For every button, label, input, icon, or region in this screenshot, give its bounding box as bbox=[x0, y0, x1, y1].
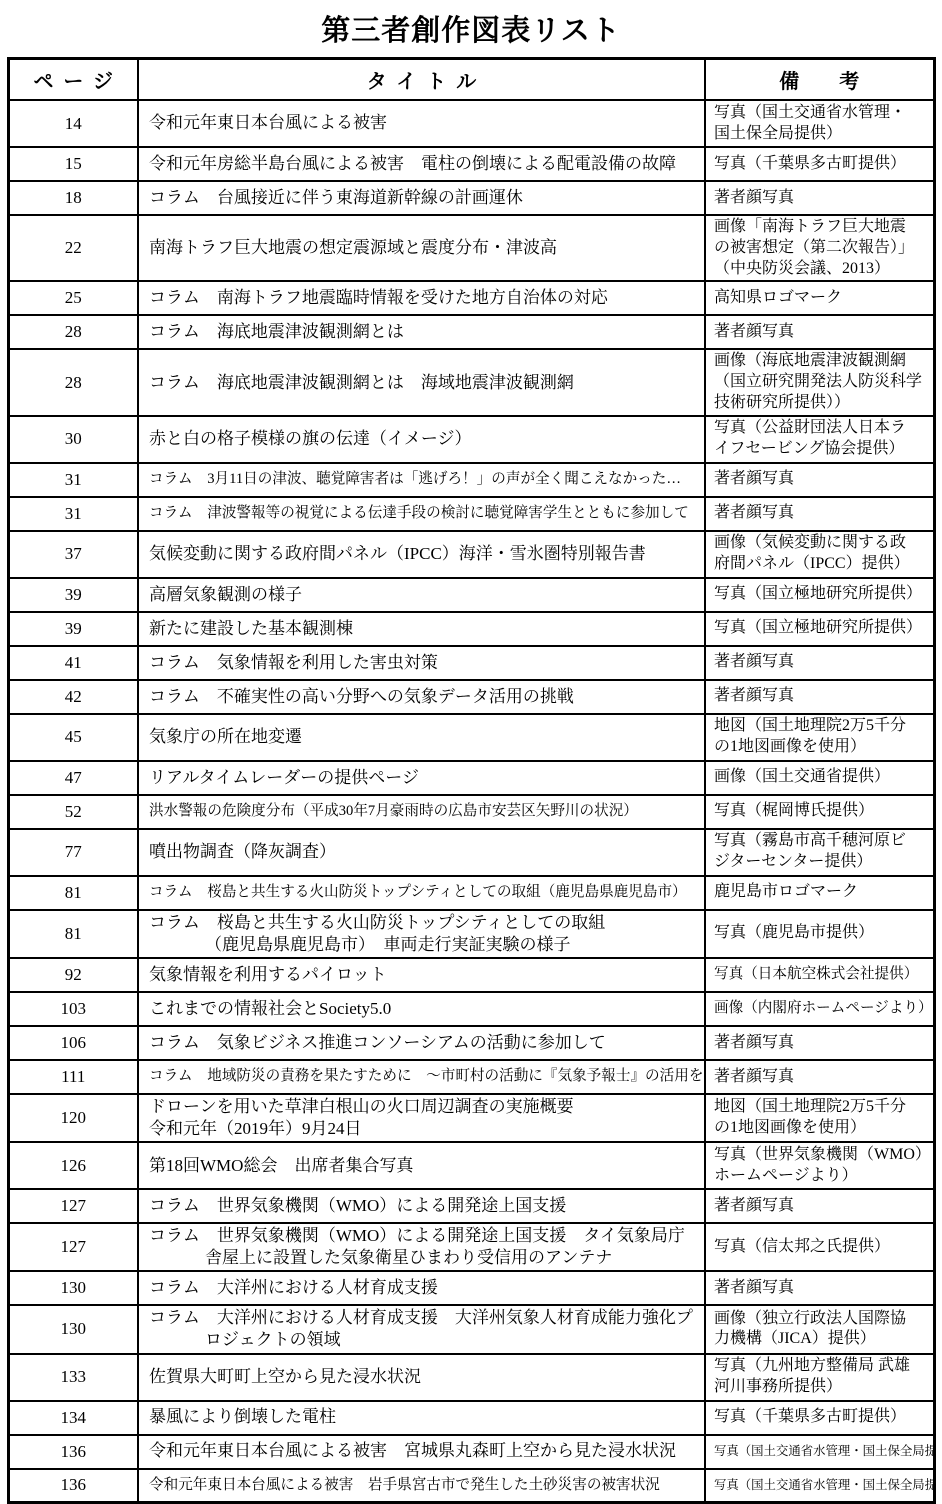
title-cell: コラム 3月11日の津波、聴覚障害者は「逃げろ！」の声が全く聞こえなかった… bbox=[138, 463, 705, 497]
table-row: 14令和元年東日本台風による被害写真（国土交通省水管理・国土保全局提供） bbox=[8, 100, 934, 147]
table-header-row: ページ タイトル 備 考 bbox=[8, 59, 934, 101]
page-number-cell: 31 bbox=[8, 497, 138, 531]
remark-cell: 地図（国土地理院2万5千分の1地図画像を使用） bbox=[705, 1094, 934, 1142]
title-cell: コラム 気象情報を利用した害虫対策 bbox=[138, 646, 705, 680]
title-cell: コラム 海底地震津波観測網とは bbox=[138, 315, 705, 349]
remark-cell: 著者顔写真 bbox=[705, 315, 934, 349]
page-number-cell: 130 bbox=[8, 1305, 138, 1353]
title-line: コラム 世界気象機関（WMO）による開発途上国支援 タイ気象局庁 bbox=[149, 1225, 700, 1247]
title-line: コラム 地域防災の責務を果たすために ～市町村の活動に『気象予報士』の活用を～ bbox=[149, 1067, 700, 1086]
remark-line: イフセービング協会提供） bbox=[714, 439, 931, 460]
title-cell: 第18回WMO総会 出席者集合写真 bbox=[138, 1142, 705, 1189]
page-title: 第三者創作図表リスト bbox=[0, 8, 942, 49]
remark-cell: 写真（九州地方整備局 武雄河川事務所提供） bbox=[705, 1354, 934, 1401]
table-row: 126第18回WMO総会 出席者集合写真写真（世界気象機関（WMO）ホームページ… bbox=[8, 1142, 934, 1189]
remark-line: 画像（内閣府ホームページより） bbox=[714, 999, 931, 1018]
remark-cell: 画像（国土交通省提供） bbox=[705, 761, 934, 795]
title-line: ドローンを用いた草津白根山の火口周辺調査の実施概要 bbox=[149, 1096, 700, 1118]
title-line: 噴出物調査（降灰調査） bbox=[149, 841, 700, 863]
remark-cell: 著者顔写真 bbox=[705, 463, 934, 497]
remark-cell: 著者顔写真 bbox=[705, 497, 934, 531]
title-line: 南海トラフ巨大地震の想定震源域と震度分布・津波高 bbox=[149, 237, 700, 259]
table-row: 52洪水警報の危険度分布（平成30年7月豪雨時の広島市安芸区矢野川の状況）写真（… bbox=[8, 795, 934, 829]
remark-line: 著者顔写真 bbox=[714, 1067, 931, 1088]
table-row: 45気象庁の所在地変遷地図（国土地理院2万5千分の1地図画像を使用） bbox=[8, 714, 934, 761]
page-number-cell: 130 bbox=[8, 1271, 138, 1305]
remark-line: 画像（独立行政法人国際協 bbox=[714, 1309, 931, 1330]
title-line: コラム 世界気象機関（WMO）による開発途上国支援 bbox=[149, 1195, 700, 1217]
page-number-cell: 120 bbox=[8, 1094, 138, 1142]
remark-cell: 写真（千葉県多古町提供） bbox=[705, 147, 934, 181]
title-line: 第18回WMO総会 出席者集合写真 bbox=[149, 1155, 700, 1177]
table-row: 22南海トラフ巨大地震の想定震源域と震度分布・津波高画像「南海トラフ巨大地震の被… bbox=[8, 215, 934, 281]
page-number-cell: 136 bbox=[8, 1469, 138, 1503]
page-number-cell: 45 bbox=[8, 714, 138, 761]
remark-cell: 鹿児島市ロゴマーク bbox=[705, 876, 934, 910]
title-cell: コラム 気象ビジネス推進コンソーシアムの活動に参加して bbox=[138, 1026, 705, 1060]
title-cell: コラム 大洋州における人材育成支援 大洋州気象人材育成能力強化プロジェクトの領域 bbox=[138, 1305, 705, 1353]
page-number-cell: 81 bbox=[8, 910, 138, 958]
title-cell: 南海トラフ巨大地震の想定震源域と震度分布・津波高 bbox=[138, 215, 705, 281]
table-row: 25コラム 南海トラフ地震臨時情報を受けた地方自治体の対応高知県ロゴマーク bbox=[8, 281, 934, 315]
remark-line: 写真（梶岡博氏提供） bbox=[714, 801, 931, 822]
title-cell: 令和元年東日本台風による被害 宮城県丸森町上空から見た浸水状況 bbox=[138, 1435, 705, 1469]
remark-line: 写真（千葉県多古町提供） bbox=[714, 154, 931, 175]
title-line: コラム 台風接近に伴う東海道新幹線の計画運休 bbox=[149, 187, 700, 209]
page-number-cell: 127 bbox=[8, 1189, 138, 1223]
remark-line: 著者顔写真 bbox=[714, 188, 931, 209]
title-line: 気象情報を利用するパイロット bbox=[149, 964, 700, 986]
remark-line: 著者顔写真 bbox=[714, 469, 931, 490]
remark-line: ジターセンター提供） bbox=[714, 852, 931, 873]
title-cell: コラム 世界気象機関（WMO）による開発途上国支援 bbox=[138, 1189, 705, 1223]
remark-cell: 写真（霧島市高千穂河原ビジターセンター提供） bbox=[705, 829, 934, 876]
page-number-cell: 103 bbox=[8, 992, 138, 1026]
title-line: 気候変動に関する政府間パネル（IPCC）海洋・雪氷圏特別報告書 bbox=[149, 543, 700, 565]
title-cell: コラム 大洋州における人材育成支援 bbox=[138, 1271, 705, 1305]
remark-cell: 地図（国土地理院2万5千分の1地図画像を使用） bbox=[705, 714, 934, 761]
remark-line: 著者顔写真 bbox=[714, 503, 931, 524]
title-line: （鹿児島県鹿児島市） 車両走行実証実験の様子 bbox=[149, 934, 700, 956]
title-cell: コラム 台風接近に伴う東海道新幹線の計画運休 bbox=[138, 181, 705, 215]
title-cell: 気象情報を利用するパイロット bbox=[138, 958, 705, 992]
title-cell: 佐賀県大町町上空から見た浸水状況 bbox=[138, 1354, 705, 1401]
page-number-cell: 77 bbox=[8, 829, 138, 876]
title-cell: 令和元年東日本台風による被害 bbox=[138, 100, 705, 147]
remark-cell: 画像（気候変動に関する政府間パネル（IPCC）提供） bbox=[705, 531, 934, 578]
title-line: 舎屋上に設置した気象衛星ひまわり受信用のアンテナ bbox=[149, 1247, 700, 1269]
remark-cell: 写真（千葉県多古町提供） bbox=[705, 1401, 934, 1435]
table-row: 120ドローンを用いた草津白根山の火口周辺調査の実施概要令和元年（2019年）9… bbox=[8, 1094, 934, 1142]
figure-list-table: ページ タイトル 備 考 14令和元年東日本台風による被害写真（国土交通省水管理… bbox=[7, 57, 936, 1504]
remark-line: 写真（国土交通省水管理・国土保全局提供） bbox=[714, 1443, 931, 1459]
remark-cell: 写真（国土交通省水管理・国土保全局提供） bbox=[705, 1469, 934, 1503]
table-row: 127コラム 世界気象機関（WMO）による開発途上国支援著者顔写真 bbox=[8, 1189, 934, 1223]
remark-line: 写真（国土交通省水管理・ bbox=[714, 103, 931, 124]
table-row: 41コラム 気象情報を利用した害虫対策著者顔写真 bbox=[8, 646, 934, 680]
remark-cell: 画像（内閣府ホームページより） bbox=[705, 992, 934, 1026]
remark-line: 著者顔写真 bbox=[714, 1196, 931, 1217]
table-row: 39高層気象観測の様子写真（国立極地研究所提供） bbox=[8, 578, 934, 612]
title-line: コラム 津波警報等の視覚による伝達手段の検討に聴覚障害学生とともに参加して bbox=[149, 504, 700, 523]
table-row: 130コラム 大洋州における人材育成支援 大洋州気象人材育成能力強化プロジェクト… bbox=[8, 1305, 934, 1353]
title-cell: 気象庁の所在地変遷 bbox=[138, 714, 705, 761]
table-row: 31コラム 3月11日の津波、聴覚障害者は「逃げろ！」の声が全く聞こえなかった…… bbox=[8, 463, 934, 497]
title-line: コラム 海底地震津波観測網とは bbox=[149, 321, 700, 343]
remark-line: 著者顔写真 bbox=[714, 652, 931, 673]
remark-cell: 写真（国立極地研究所提供） bbox=[705, 578, 934, 612]
title-line: 令和元年房総半島台風による被害 電柱の倒壊による配電設備の故障 bbox=[149, 153, 700, 175]
title-line: 令和元年東日本台風による被害 岩手県宮古市で発生した土砂災害の被害状況 bbox=[149, 1476, 700, 1495]
title-cell: 新たに建設した基本観測棟 bbox=[138, 612, 705, 646]
remark-line: 写真（日本航空株式会社提供） bbox=[714, 965, 931, 984]
table-row: 15令和元年房総半島台風による被害 電柱の倒壊による配電設備の故障写真（千葉県多… bbox=[8, 147, 934, 181]
title-cell: コラム 桜島と共生する火山防災トップシティとしての取組（鹿児島県鹿児島市） bbox=[138, 876, 705, 910]
remark-cell: 著者顔写真 bbox=[705, 1026, 934, 1060]
remark-line: 高知県ロゴマーク bbox=[714, 288, 931, 309]
table-row: 92気象情報を利用するパイロット写真（日本航空株式会社提供） bbox=[8, 958, 934, 992]
remark-line: 写真（鹿児島市提供） bbox=[714, 923, 931, 944]
title-cell: コラム 桜島と共生する火山防災トップシティとしての取組（鹿児島県鹿児島市） 車両… bbox=[138, 910, 705, 958]
remark-line: 写真（国立極地研究所提供） bbox=[714, 584, 931, 605]
table-row: 31コラム 津波警報等の視覚による伝達手段の検討に聴覚障害学生とともに参加して著… bbox=[8, 497, 934, 531]
title-cell: 高層気象観測の様子 bbox=[138, 578, 705, 612]
page-number-cell: 136 bbox=[8, 1435, 138, 1469]
remark-line: 写真（世界気象機関（WMO） bbox=[714, 1145, 931, 1166]
table-row: 39新たに建設した基本観測棟写真（国立極地研究所提供） bbox=[8, 612, 934, 646]
table-row: 127コラム 世界気象機関（WMO）による開発途上国支援 タイ気象局庁舎屋上に設… bbox=[8, 1223, 934, 1271]
page-number-cell: 30 bbox=[8, 416, 138, 463]
page-number-cell: 47 bbox=[8, 761, 138, 795]
remark-cell: 著者顔写真 bbox=[705, 646, 934, 680]
remark-line: 写真（霧島市高千穂河原ビ bbox=[714, 831, 931, 852]
title-line: コラム 不確実性の高い分野への気象データ活用の挑戦 bbox=[149, 686, 700, 708]
page-number-cell: 92 bbox=[8, 958, 138, 992]
remark-line: 画像（気候変動に関する政 bbox=[714, 533, 931, 554]
table-row: 136令和元年東日本台風による被害 宮城県丸森町上空から見た浸水状況写真（国土交… bbox=[8, 1435, 934, 1469]
remark-cell: 写真（日本航空株式会社提供） bbox=[705, 958, 934, 992]
remark-line: 写真（国土交通省水管理・国土保全局提供） bbox=[714, 1477, 931, 1493]
title-line: 令和元年東日本台風による被害 bbox=[149, 112, 700, 134]
table-row: 81コラム 桜島と共生する火山防災トップシティとしての取組（鹿児島県鹿児島市） … bbox=[8, 910, 934, 958]
page-number-cell: 52 bbox=[8, 795, 138, 829]
remark-line: ホームページより） bbox=[714, 1166, 931, 1187]
remark-line: 河川事務所提供） bbox=[714, 1377, 931, 1398]
title-line: 洪水警報の危険度分布（平成30年7月豪雨時の広島市安芸区矢野川の状況） bbox=[149, 802, 700, 821]
title-cell: コラム 南海トラフ地震臨時情報を受けた地方自治体の対応 bbox=[138, 281, 705, 315]
title-cell: 噴出物調査（降灰調査） bbox=[138, 829, 705, 876]
page-number-cell: 25 bbox=[8, 281, 138, 315]
remark-cell: 著者顔写真 bbox=[705, 680, 934, 714]
title-line: コラム 海底地震津波観測網とは 海域地震津波観測網 bbox=[149, 372, 700, 394]
remark-line: 写真（九州地方整備局 武雄 bbox=[714, 1356, 931, 1377]
page-number-cell: 41 bbox=[8, 646, 138, 680]
title-line: 気象庁の所在地変遷 bbox=[149, 726, 700, 748]
title-cell: コラム 海底地震津波観測網とは 海域地震津波観測網 bbox=[138, 349, 705, 415]
remark-line: の被害想定（第二次報告）」 bbox=[714, 238, 931, 259]
page-number-cell: 28 bbox=[8, 315, 138, 349]
remark-cell: 写真（国立極地研究所提供） bbox=[705, 612, 934, 646]
page-number-cell: 106 bbox=[8, 1026, 138, 1060]
remark-cell: 写真（鹿児島市提供） bbox=[705, 910, 934, 958]
page-number-cell: 133 bbox=[8, 1354, 138, 1401]
remark-line: 著者顔写真 bbox=[714, 322, 931, 343]
remark-line: 画像（海底地震津波観測網 bbox=[714, 351, 931, 372]
remark-cell: 写真（梶岡博氏提供） bbox=[705, 795, 934, 829]
page-number-cell: 18 bbox=[8, 181, 138, 215]
title-cell: ドローンを用いた草津白根山の火口周辺調査の実施概要令和元年（2019年）9月24… bbox=[138, 1094, 705, 1142]
remark-line: 力機構（JICA）提供） bbox=[714, 1329, 931, 1350]
title-cell: これまでの情報社会とSociety5.0 bbox=[138, 992, 705, 1026]
title-cell: 令和元年房総半島台風による被害 電柱の倒壊による配電設備の故障 bbox=[138, 147, 705, 181]
remark-line: （国立研究開発法人防災科学 bbox=[714, 372, 931, 393]
title-cell: 赤と白の格子模様の旗の伝達（イメージ） bbox=[138, 416, 705, 463]
table-row: 47リアルタイムレーダーの提供ページ画像（国土交通省提供） bbox=[8, 761, 934, 795]
title-line: コラム 大洋州における人材育成支援 大洋州気象人材育成能力強化プ bbox=[149, 1307, 700, 1329]
remark-cell: 画像「南海トラフ巨大地震の被害想定（第二次報告）」（中央防災会議、2013） bbox=[705, 215, 934, 281]
remark-cell: 著者顔写真 bbox=[705, 1060, 934, 1094]
table-row: 28コラム 海底地震津波観測網とは 海域地震津波観測網画像（海底地震津波観測網（… bbox=[8, 349, 934, 415]
document-page: 第三者創作図表リスト ページ タイトル 備 考 14令和元年東日本台風による被害… bbox=[0, 0, 942, 1504]
page-number-cell: 37 bbox=[8, 531, 138, 578]
page-number-cell: 15 bbox=[8, 147, 138, 181]
remark-cell: 著者顔写真 bbox=[705, 1189, 934, 1223]
title-cell: 気候変動に関する政府間パネル（IPCC）海洋・雪氷圏特別報告書 bbox=[138, 531, 705, 578]
table-row: 130コラム 大洋州における人材育成支援著者顔写真 bbox=[8, 1271, 934, 1305]
remark-line: の1地図画像を使用） bbox=[714, 737, 931, 758]
table-row: 111コラム 地域防災の責務を果たすために ～市町村の活動に『気象予報士』の活用… bbox=[8, 1060, 934, 1094]
remark-line: 国土保全局提供） bbox=[714, 124, 931, 145]
page-number-cell: 31 bbox=[8, 463, 138, 497]
table-row: 134暴風により倒壊した電柱写真（千葉県多古町提供） bbox=[8, 1401, 934, 1435]
table-row: 30赤と白の格子模様の旗の伝達（イメージ）写真（公益財団法人日本ライフセービング… bbox=[8, 416, 934, 463]
table-row: 136令和元年東日本台風による被害 岩手県宮古市で発生した土砂災害の被害状況写真… bbox=[8, 1469, 934, 1503]
remark-line: 地図（国土地理院2万5千分 bbox=[714, 716, 931, 737]
remark-cell: 写真（公益財団法人日本ライフセービング協会提供） bbox=[705, 416, 934, 463]
remark-line: 画像「南海トラフ巨大地震 bbox=[714, 217, 931, 238]
remark-line: 技術研究所提供）） bbox=[714, 393, 931, 414]
title-line: 新たに建設した基本観測棟 bbox=[149, 618, 700, 640]
page-number-cell: 127 bbox=[8, 1223, 138, 1271]
title-line: 佐賀県大町町上空から見た浸水状況 bbox=[149, 1366, 700, 1388]
table-row: 133佐賀県大町町上空から見た浸水状況写真（九州地方整備局 武雄河川事務所提供） bbox=[8, 1354, 934, 1401]
title-line: コラム 大洋州における人材育成支援 bbox=[149, 1277, 700, 1299]
title-cell: リアルタイムレーダーの提供ページ bbox=[138, 761, 705, 795]
title-line: コラム 気象ビジネス推進コンソーシアムの活動に参加して bbox=[149, 1032, 700, 1054]
title-line: コラム 桜島と共生する火山防災トップシティとしての取組（鹿児島県鹿児島市） bbox=[149, 883, 700, 902]
header-page: ページ bbox=[8, 59, 138, 101]
header-title: タイトル bbox=[138, 59, 705, 101]
page-number-cell: 28 bbox=[8, 349, 138, 415]
table-body: 14令和元年東日本台風による被害写真（国土交通省水管理・国土保全局提供）15令和… bbox=[8, 100, 934, 1503]
table-row: 103これまでの情報社会とSociety5.0画像（内閣府ホームページより） bbox=[8, 992, 934, 1026]
remark-line: の1地図画像を使用） bbox=[714, 1118, 931, 1139]
title-line: これまでの情報社会とSociety5.0 bbox=[149, 998, 700, 1020]
title-line: 令和元年東日本台風による被害 宮城県丸森町上空から見た浸水状況 bbox=[149, 1440, 700, 1462]
remark-cell: 画像（海底地震津波観測網（国立研究開発法人防災科学技術研究所提供）） bbox=[705, 349, 934, 415]
title-line: 赤と白の格子模様の旗の伝達（イメージ） bbox=[149, 428, 700, 450]
title-line: コラム 気象情報を利用した害虫対策 bbox=[149, 652, 700, 674]
remark-cell: 写真（世界気象機関（WMO）ホームページより） bbox=[705, 1142, 934, 1189]
remark-line: 画像（国土交通省提供） bbox=[714, 767, 931, 788]
page-number-cell: 111 bbox=[8, 1060, 138, 1094]
page-number-cell: 81 bbox=[8, 876, 138, 910]
remark-cell: 著者顔写真 bbox=[705, 1271, 934, 1305]
title-line: コラム 桜島と共生する火山防災トップシティとしての取組 bbox=[149, 912, 700, 934]
page-number-cell: 42 bbox=[8, 680, 138, 714]
remark-line: 府間パネル（IPCC）提供） bbox=[714, 554, 931, 575]
page-number-cell: 22 bbox=[8, 215, 138, 281]
page-number-cell: 134 bbox=[8, 1401, 138, 1435]
table-row: 37気候変動に関する政府間パネル（IPCC）海洋・雪氷圏特別報告書画像（気候変動… bbox=[8, 531, 934, 578]
title-cell: 令和元年東日本台風による被害 岩手県宮古市で発生した土砂災害の被害状況 bbox=[138, 1469, 705, 1503]
title-line: コラム 南海トラフ地震臨時情報を受けた地方自治体の対応 bbox=[149, 287, 700, 309]
title-line: コラム 3月11日の津波、聴覚障害者は「逃げろ！」の声が全く聞こえなかった… bbox=[149, 470, 700, 489]
title-cell: 暴風により倒壊した電柱 bbox=[138, 1401, 705, 1435]
remark-line: 写真（信太邦之氏提供） bbox=[714, 1237, 931, 1258]
remark-cell: 画像（独立行政法人国際協力機構（JICA）提供） bbox=[705, 1305, 934, 1353]
title-line: 暴風により倒壊した電柱 bbox=[149, 1406, 700, 1428]
page-number-cell: 126 bbox=[8, 1142, 138, 1189]
remark-line: 鹿児島市ロゴマーク bbox=[714, 882, 931, 903]
remark-cell: 写真（信太邦之氏提供） bbox=[705, 1223, 934, 1271]
remark-line: 写真（千葉県多古町提供） bbox=[714, 1407, 931, 1428]
remark-cell: 高知県ロゴマーク bbox=[705, 281, 934, 315]
table-row: 77噴出物調査（降灰調査）写真（霧島市高千穂河原ビジターセンター提供） bbox=[8, 829, 934, 876]
title-cell: コラム 地域防災の責務を果たすために ～市町村の活動に『気象予報士』の活用を～ bbox=[138, 1060, 705, 1094]
page-number-cell: 14 bbox=[8, 100, 138, 147]
remark-line: 著者顔写真 bbox=[714, 1033, 931, 1054]
table-row: 106コラム 気象ビジネス推進コンソーシアムの活動に参加して著者顔写真 bbox=[8, 1026, 934, 1060]
remark-line: 写真（国立極地研究所提供） bbox=[714, 618, 931, 639]
title-line: 高層気象観測の様子 bbox=[149, 584, 700, 606]
title-line: ロジェクトの領域 bbox=[149, 1329, 700, 1351]
remark-line: （中央防災会議、2013） bbox=[714, 259, 931, 280]
table-row: 81コラム 桜島と共生する火山防災トップシティとしての取組（鹿児島県鹿児島市）鹿… bbox=[8, 876, 934, 910]
title-line: リアルタイムレーダーの提供ページ bbox=[149, 767, 700, 789]
remark-cell: 著者顔写真 bbox=[705, 181, 934, 215]
title-line: 令和元年（2019年）9月24日 bbox=[149, 1118, 700, 1140]
title-cell: コラム 世界気象機関（WMO）による開発途上国支援 タイ気象局庁舎屋上に設置した… bbox=[138, 1223, 705, 1271]
remark-cell: 写真（国土交通省水管理・国土保全局提供） bbox=[705, 1435, 934, 1469]
remark-line: 写真（公益財団法人日本ラ bbox=[714, 418, 931, 439]
remark-line: 著者顔写真 bbox=[714, 686, 931, 707]
title-cell: コラム 不確実性の高い分野への気象データ活用の挑戦 bbox=[138, 680, 705, 714]
page-number-cell: 39 bbox=[8, 612, 138, 646]
remark-line: 地図（国土地理院2万5千分 bbox=[714, 1097, 931, 1118]
remark-line: 著者顔写真 bbox=[714, 1278, 931, 1299]
table-row: 42コラム 不確実性の高い分野への気象データ活用の挑戦著者顔写真 bbox=[8, 680, 934, 714]
remark-cell: 写真（国土交通省水管理・国土保全局提供） bbox=[705, 100, 934, 147]
page-number-cell: 39 bbox=[8, 578, 138, 612]
header-remarks: 備 考 bbox=[705, 59, 934, 101]
title-cell: 洪水警報の危険度分布（平成30年7月豪雨時の広島市安芸区矢野川の状況） bbox=[138, 795, 705, 829]
table-row: 18コラム 台風接近に伴う東海道新幹線の計画運休著者顔写真 bbox=[8, 181, 934, 215]
table-row: 28コラム 海底地震津波観測網とは著者顔写真 bbox=[8, 315, 934, 349]
title-cell: コラム 津波警報等の視覚による伝達手段の検討に聴覚障害学生とともに参加して bbox=[138, 497, 705, 531]
